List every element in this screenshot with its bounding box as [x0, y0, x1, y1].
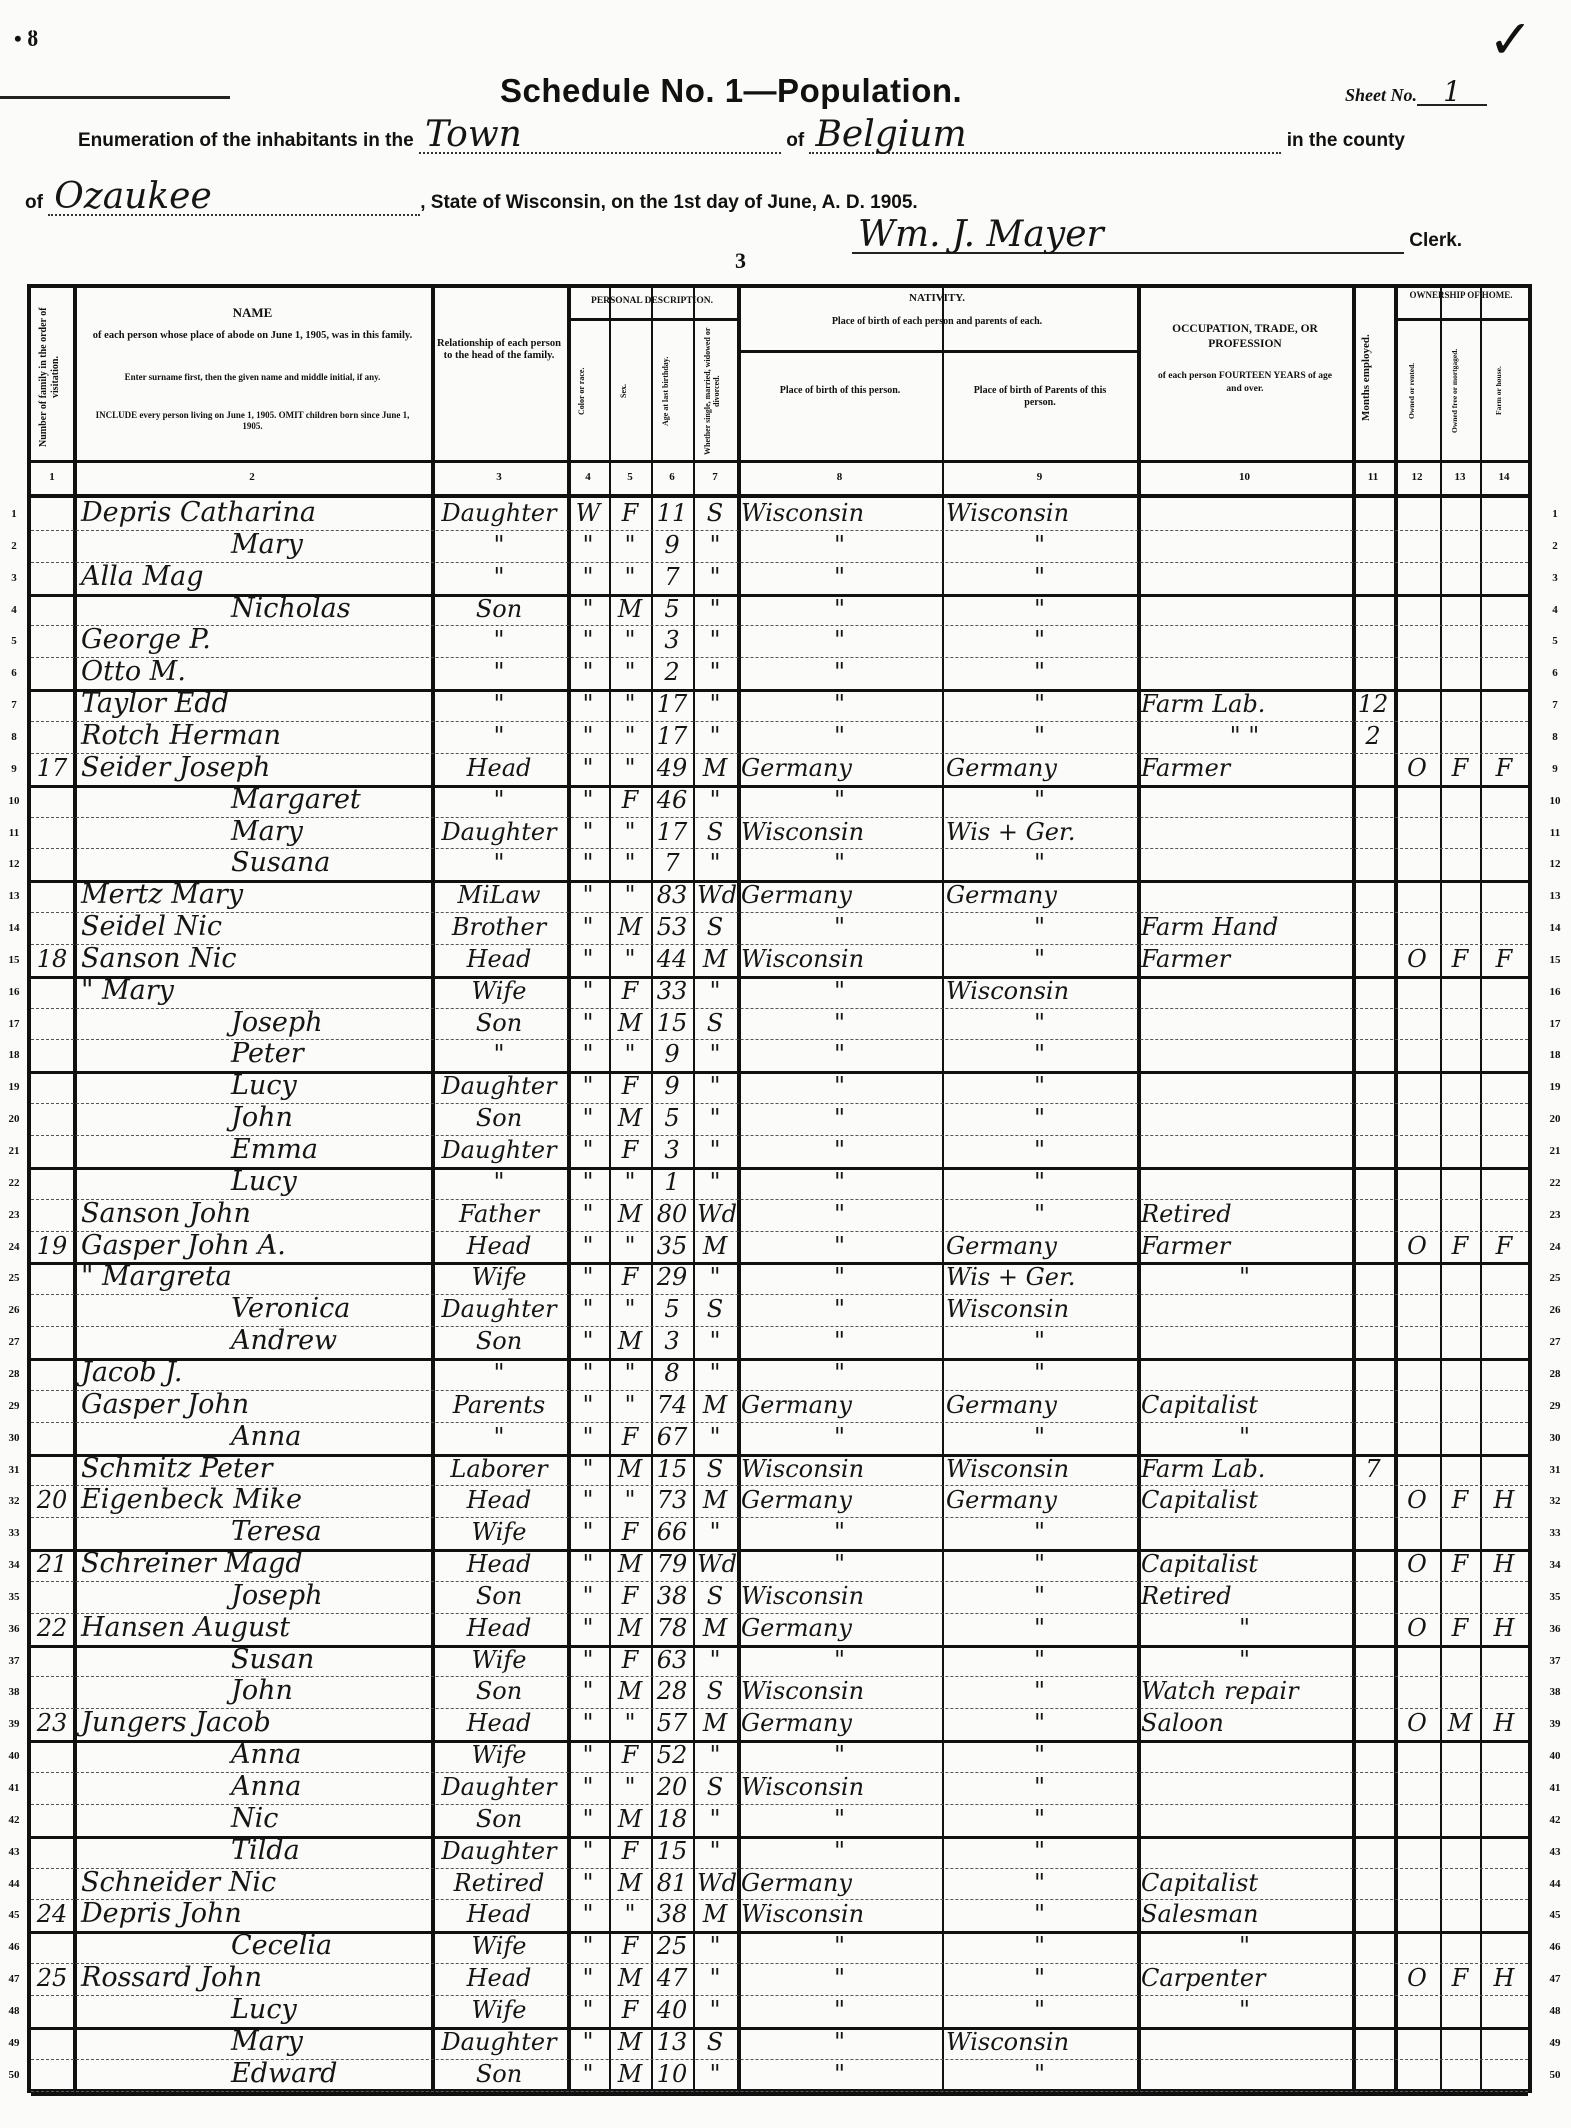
- cell-birth: ": [741, 1201, 938, 1227]
- cell-parents: ": [946, 1965, 1133, 1991]
- cell-marital: ": [697, 564, 733, 590]
- cell-rel: ": [435, 1424, 563, 1450]
- cell-owned: O: [1398, 1233, 1436, 1259]
- cell-age: 3: [655, 1137, 689, 1163]
- cell-parents: Germany: [946, 1487, 1133, 1513]
- cell-name: Otto M.: [81, 659, 431, 685]
- cell-rel: Daughter: [435, 819, 563, 845]
- line-number-left: 10: [5, 795, 23, 807]
- cell-name: " Mary: [81, 978, 431, 1004]
- line-number-left: 50: [5, 2069, 23, 2081]
- cell-free: F: [1444, 1233, 1476, 1259]
- cell-color: ": [571, 1870, 605, 1896]
- cell-marital: ": [697, 1965, 733, 1991]
- cell-color: W: [571, 500, 605, 526]
- cell-color: ": [571, 1583, 605, 1609]
- col-months-header: Months employed.: [1360, 300, 1386, 455]
- cell-marital: ": [697, 1105, 733, 1131]
- nativity-subheader: Place of birth of each person and parent…: [737, 316, 1137, 327]
- cell-age: 2: [655, 659, 689, 685]
- line-number-right: 11: [1546, 827, 1564, 839]
- column-rule: [609, 288, 611, 2093]
- cell-sex: F: [613, 1583, 647, 1609]
- cell-color: ": [571, 1105, 605, 1131]
- cell-free: F: [1444, 755, 1476, 781]
- cell-marital: Wd: [697, 882, 733, 908]
- cell-birth: ": [741, 691, 938, 717]
- cell-parents: ": [946, 850, 1133, 876]
- cell-free: F: [1444, 1487, 1476, 1513]
- cell-months: 7: [1356, 1456, 1390, 1482]
- cell-color: ": [571, 1233, 605, 1259]
- cell-parents: ": [946, 723, 1133, 749]
- cell-parents: Germany: [946, 882, 1133, 908]
- cell-sex: M: [613, 596, 647, 622]
- cell-color: ": [571, 1933, 605, 1959]
- cell-occ: ": [1141, 1647, 1348, 1673]
- line-number-left: 19: [5, 1081, 23, 1093]
- cell-sex: M: [613, 1615, 647, 1641]
- line-number-right: 28: [1546, 1368, 1564, 1380]
- cell-birth: ": [741, 1041, 938, 1067]
- line-number-right: 37: [1546, 1655, 1564, 1667]
- cell-farm: H: [1484, 1551, 1524, 1577]
- line-number-left: 44: [5, 1878, 23, 1890]
- cell-sex: F: [613, 1424, 647, 1450]
- cell-name: Jungers Jacob: [81, 1710, 431, 1736]
- cell-sex: F: [613, 1137, 647, 1163]
- cell-color: ": [571, 1010, 605, 1036]
- cell-birth: ": [741, 659, 938, 685]
- cell-parents: ": [946, 1360, 1133, 1386]
- cell-fam: 19: [35, 1233, 69, 1259]
- cell-birth: Wisconsin: [741, 1901, 938, 1927]
- cell-parents: ": [946, 1710, 1133, 1736]
- cell-rel: ": [435, 659, 563, 685]
- col-name-title: NAME: [75, 305, 430, 321]
- cell-parents: ": [946, 1424, 1133, 1450]
- cell-rel: Daughter: [435, 1137, 563, 1163]
- cell-age: 10: [655, 2061, 689, 2087]
- line-number-left: 36: [5, 1623, 23, 1635]
- cell-occ: Farmer: [1141, 755, 1348, 781]
- cell-owned: O: [1398, 946, 1436, 972]
- page-title: Schedule No. 1—Population.: [500, 72, 962, 110]
- cell-fam: 24: [35, 1901, 69, 1927]
- cell-sex: ": [613, 850, 647, 876]
- cell-marital: ": [697, 1997, 733, 2023]
- cell-owned: O: [1398, 1710, 1436, 1736]
- line-number-left: 11: [5, 827, 23, 839]
- line-number-left: 5: [5, 635, 23, 647]
- line-number-left: 14: [5, 922, 23, 934]
- line-number-right: 25: [1546, 1272, 1564, 1284]
- cell-marital: S: [697, 914, 733, 940]
- cell-rel: Laborer: [435, 1456, 563, 1482]
- cell-color: ": [571, 1519, 605, 1545]
- cell-age: 33: [655, 978, 689, 1004]
- cell-age: 35: [655, 1233, 689, 1259]
- row-rule: [31, 562, 1528, 563]
- cell-rel: Daughter: [435, 1774, 563, 1800]
- cell-age: 9: [655, 1073, 689, 1099]
- cell-age: 78: [655, 1615, 689, 1641]
- cell-marital: S: [697, 1010, 733, 1036]
- cell-age: 13: [655, 2029, 689, 2055]
- cell-occ: Retired: [1141, 1201, 1348, 1227]
- cell-name: George P.: [81, 627, 431, 653]
- cell-color: ": [571, 1328, 605, 1354]
- cell-name: Depris Catharina: [81, 500, 431, 526]
- column-rule: [693, 288, 695, 2093]
- cell-parents: ": [946, 1041, 1133, 1067]
- line-number-left: 17: [5, 1018, 23, 1030]
- county-line: of Ozaukee, State of Wisconsin, on the 1…: [25, 180, 1225, 216]
- cell-birth: ": [741, 787, 938, 813]
- cell-occ: Capitalist: [1141, 1551, 1348, 1577]
- cell-occ: Farm Hand: [1141, 914, 1348, 940]
- cell-sex: F: [613, 1742, 647, 1768]
- line-number-left: 20: [5, 1113, 23, 1125]
- cell-color: ": [571, 1424, 605, 1450]
- cell-marital: ": [697, 850, 733, 876]
- cell-birth: ": [741, 1965, 938, 1991]
- cell-color: ": [571, 1264, 605, 1290]
- sheet-number-value: 1: [1417, 80, 1487, 106]
- cell-rel: Daughter: [435, 2029, 563, 2055]
- cell-name: Taylor Edd: [81, 691, 431, 717]
- cell-marital: ": [697, 1169, 733, 1195]
- line-number-right: 32: [1546, 1495, 1564, 1507]
- cell-birth: Wisconsin: [741, 819, 938, 845]
- nativity-header: NATIVITY.: [737, 292, 1137, 304]
- cell-parents: Germany: [946, 1392, 1133, 1418]
- line-number-left: 23: [5, 1209, 23, 1221]
- cell-color: ": [571, 596, 605, 622]
- cell-sex: ": [613, 1296, 647, 1322]
- cell-parents: ": [946, 1169, 1133, 1195]
- cell-birth: ": [741, 2029, 938, 2055]
- cell-sex: ": [613, 946, 647, 972]
- line-number-left: 38: [5, 1686, 23, 1698]
- line-number-left: 22: [5, 1177, 23, 1189]
- col-name-line1: of each person whose place of abode on J…: [80, 330, 425, 342]
- cell-rel: Son: [435, 1105, 563, 1131]
- cell-marital: ": [697, 1647, 733, 1673]
- line-number-right: 29: [1546, 1400, 1564, 1412]
- cell-rel: Son: [435, 1583, 563, 1609]
- line-number-right: 26: [1546, 1304, 1564, 1316]
- cell-parents: ": [946, 659, 1133, 685]
- line-number-right: 24: [1546, 1241, 1564, 1253]
- cell-age: 9: [655, 532, 689, 558]
- line-number-right: 41: [1546, 1782, 1564, 1794]
- cell-age: 74: [655, 1392, 689, 1418]
- cell-sex: M: [613, 1010, 647, 1036]
- cell-sex: F: [613, 1933, 647, 1959]
- cell-age: 9: [655, 1041, 689, 1067]
- cell-occ: " ": [1141, 723, 1348, 749]
- cell-age: 38: [655, 1583, 689, 1609]
- cell-color: ": [571, 882, 605, 908]
- cell-sex: M: [613, 1806, 647, 1832]
- cell-age: 49: [655, 755, 689, 781]
- clerk-line: Wm. J. Mayer Clerk.: [852, 218, 1462, 254]
- line-number-left: 35: [5, 1591, 23, 1603]
- cell-marital: ": [697, 1424, 733, 1450]
- line-number-left: 32: [5, 1495, 23, 1507]
- col-parents-birthplace-header: Place of birth of Parents of this person…: [960, 385, 1120, 409]
- cell-owned: O: [1398, 1551, 1436, 1577]
- line-number-right: 50: [1546, 2069, 1564, 2081]
- cell-rel: Wife: [435, 1519, 563, 1545]
- cell-months: 12: [1356, 691, 1390, 717]
- column-number: 14: [1480, 462, 1528, 492]
- column-number: 11: [1352, 462, 1394, 492]
- of-label: of: [786, 130, 804, 151]
- line-number-left: 47: [5, 1973, 23, 1985]
- cell-age: 47: [655, 1965, 689, 1991]
- cell-birth: ": [741, 596, 938, 622]
- cell-sex: ": [613, 532, 647, 558]
- cell-rel: ": [435, 691, 563, 717]
- cell-age: 38: [655, 1901, 689, 1927]
- cell-color: ": [571, 1360, 605, 1386]
- nativity-group-rule: [737, 350, 1137, 353]
- cell-rel: Daughter: [435, 1296, 563, 1322]
- ownership-header: OWNERSHIP OF HOME.: [1394, 290, 1528, 300]
- cell-owned: O: [1398, 1487, 1436, 1513]
- cell-parents: ": [946, 1328, 1133, 1354]
- column-number: 1: [31, 462, 73, 492]
- line-number-left: 42: [5, 1814, 23, 1826]
- cell-birth: ": [741, 1360, 938, 1386]
- cell-marital: M: [697, 1901, 733, 1927]
- cell-sex: ": [613, 1041, 647, 1067]
- table-bottom-rule: [31, 2093, 1528, 2096]
- cell-age: 7: [655, 564, 689, 590]
- column-number: 9: [942, 462, 1137, 492]
- cell-color: ": [571, 1647, 605, 1673]
- line-number-right: 38: [1546, 1686, 1564, 1698]
- cell-color: ": [571, 1710, 605, 1736]
- cell-rel: Retired: [435, 1870, 563, 1896]
- clerk-label: Clerk.: [1409, 230, 1462, 251]
- cell-marital: ": [697, 1933, 733, 1959]
- cell-parents: ": [946, 564, 1133, 590]
- cell-birth: Wisconsin: [741, 500, 938, 526]
- cell-sex: ": [613, 819, 647, 845]
- col-relationship-header: Relationship of each person to the head …: [433, 338, 565, 362]
- cell-sex: F: [613, 1519, 647, 1545]
- cell-birth: ": [741, 1137, 938, 1163]
- col-c4-header: Color or race.: [577, 325, 601, 457]
- cell-marital: S: [697, 2029, 733, 2055]
- cell-sex: M: [613, 914, 647, 940]
- county-label: in the county: [1287, 130, 1405, 151]
- cell-age: 63: [655, 1647, 689, 1673]
- line-number-right: 17: [1546, 1018, 1564, 1030]
- cell-age: 5: [655, 596, 689, 622]
- cell-parents: ": [946, 532, 1133, 558]
- corner-marks: • ȣ: [14, 26, 38, 52]
- column-rule: [1137, 288, 1141, 2093]
- cell-sex: M: [613, 1870, 647, 1896]
- cell-sex: M: [613, 1105, 647, 1131]
- cell-fam: 20: [35, 1487, 69, 1513]
- cell-age: 53: [655, 914, 689, 940]
- cell-sex: M: [613, 1678, 647, 1704]
- cell-color: ": [571, 564, 605, 590]
- cell-marital: ": [697, 1073, 733, 1099]
- cell-birth: ": [741, 1806, 938, 1832]
- cell-occ: ": [1141, 1615, 1348, 1641]
- cell-marital: M: [697, 1487, 733, 1513]
- checkmark-icon: ✓: [1488, 8, 1533, 71]
- line-number-right: 36: [1546, 1623, 1564, 1635]
- cell-rel: ": [435, 787, 563, 813]
- cell-farm: H: [1484, 1615, 1524, 1641]
- cell-marital: ": [697, 978, 733, 1004]
- cell-rel: Head: [435, 755, 563, 781]
- cell-occ: Farmer: [1141, 946, 1348, 972]
- cell-rel: Head: [435, 1233, 563, 1259]
- cell-occ: ": [1141, 1424, 1348, 1450]
- cell-marital: ": [697, 596, 733, 622]
- cell-color: ": [571, 1742, 605, 1768]
- cell-birth: ": [741, 1105, 938, 1131]
- line-number-left: 8: [5, 731, 23, 743]
- line-number-left: 4: [5, 604, 23, 616]
- cell-color: ": [571, 1041, 605, 1067]
- cell-rel: Head: [435, 1615, 563, 1641]
- col-c7-header: Whether single, married, widowed or divo…: [703, 325, 727, 457]
- cell-occ: Retired: [1141, 1583, 1348, 1609]
- line-number-left: 48: [5, 2005, 23, 2017]
- cell-sex: F: [613, 1997, 647, 2023]
- municipality-type: Town: [419, 118, 781, 154]
- line-number-right: 22: [1546, 1177, 1564, 1189]
- cell-marital: ": [697, 1328, 733, 1354]
- column-number: 8: [737, 462, 942, 492]
- line-number-right: 21: [1546, 1145, 1564, 1157]
- line-number-left: 25: [5, 1272, 23, 1284]
- cell-marital: M: [697, 1392, 733, 1418]
- line-number-left: 34: [5, 1559, 23, 1571]
- cell-color: ": [571, 1901, 605, 1927]
- cell-age: 44: [655, 946, 689, 972]
- cell-occ: Farm Lab.: [1141, 691, 1348, 717]
- line-number-left: 28: [5, 1368, 23, 1380]
- cell-age: 17: [655, 723, 689, 749]
- cell-occ: Capitalist: [1141, 1870, 1348, 1896]
- cell-occ: Capitalist: [1141, 1392, 1348, 1418]
- line-number-right: 35: [1546, 1591, 1564, 1603]
- cell-birth: Germany: [741, 1487, 938, 1513]
- cell-sex: ": [613, 755, 647, 781]
- cell-marital: M: [697, 1615, 733, 1641]
- cell-occ: Farmer: [1141, 1233, 1348, 1259]
- cell-age: 20: [655, 1774, 689, 1800]
- cell-color: ": [571, 659, 605, 685]
- cell-sex: F: [613, 787, 647, 813]
- line-number-right: 34: [1546, 1559, 1564, 1571]
- line-number-left: 31: [5, 1464, 23, 1476]
- column-number: 7: [693, 462, 737, 492]
- cell-birth: ": [741, 1647, 938, 1673]
- line-number-left: 18: [5, 1049, 23, 1061]
- cell-sex: M: [613, 1551, 647, 1577]
- cell-marital: ": [697, 723, 733, 749]
- cell-name: Schmitz Peter: [81, 1456, 431, 1482]
- cell-rel: Wife: [435, 1742, 563, 1768]
- line-number-left: 27: [5, 1336, 23, 1348]
- column-rule: [1352, 288, 1356, 2093]
- cell-occ: Farm Lab.: [1141, 1456, 1348, 1482]
- cell-birth: ": [741, 1073, 938, 1099]
- cell-parents: Wisconsin: [946, 1296, 1133, 1322]
- cell-age: 80: [655, 1201, 689, 1227]
- cell-parents: ": [946, 1933, 1133, 1959]
- cell-rel: ": [435, 627, 563, 653]
- cell-birth: Germany: [741, 1870, 938, 1896]
- line-number-right: 18: [1546, 1049, 1564, 1061]
- line-number-right: 43: [1546, 1846, 1564, 1858]
- cell-name: Jacob J.: [81, 1360, 431, 1386]
- county-prefix: of: [25, 192, 43, 213]
- cell-parents: ": [946, 2061, 1133, 2087]
- cell-sex: F: [613, 978, 647, 1004]
- cell-age: 25: [655, 1933, 689, 1959]
- cell-name: Gasper John A.: [81, 1233, 431, 1259]
- line-number-right: 44: [1546, 1878, 1564, 1890]
- cell-rel: ": [435, 1041, 563, 1067]
- cell-free: F: [1444, 1551, 1476, 1577]
- cell-months: 2: [1356, 723, 1390, 749]
- cell-parents: ": [946, 627, 1133, 653]
- cell-sex: M: [613, 1965, 647, 1991]
- sheet-label: Sheet No.: [1345, 85, 1417, 105]
- line-number-left: 29: [5, 1400, 23, 1412]
- cell-sex: ": [613, 1901, 647, 1927]
- cell-name: Rotch Herman: [81, 723, 431, 749]
- cell-parents: Wisconsin: [946, 500, 1133, 526]
- cell-age: 73: [655, 1487, 689, 1513]
- line-number-left: 45: [5, 1909, 23, 1921]
- line-number-right: 6: [1546, 667, 1564, 679]
- cell-occ: ": [1141, 1933, 1348, 1959]
- cell-color: ": [571, 1678, 605, 1704]
- cell-rel: Son: [435, 1010, 563, 1036]
- cell-color: ": [571, 627, 605, 653]
- cell-birth: ": [741, 850, 938, 876]
- cell-age: 15: [655, 1010, 689, 1036]
- cell-marital: M: [697, 755, 733, 781]
- cell-birth: Wisconsin: [741, 946, 938, 972]
- cell-color: ": [571, 1201, 605, 1227]
- cell-sex: F: [613, 1073, 647, 1099]
- line-number-left: 16: [5, 986, 23, 998]
- cell-rel: Wife: [435, 1647, 563, 1673]
- cell-age: 7: [655, 850, 689, 876]
- line-number-left: 12: [5, 858, 23, 870]
- cell-parents: Wis + Ger.: [946, 1264, 1133, 1290]
- column-rule: [942, 288, 944, 2093]
- cell-color: ": [571, 1551, 605, 1577]
- cell-sex: M: [613, 2061, 647, 2087]
- cell-marital: ": [697, 627, 733, 653]
- cell-marital: M: [697, 1233, 733, 1259]
